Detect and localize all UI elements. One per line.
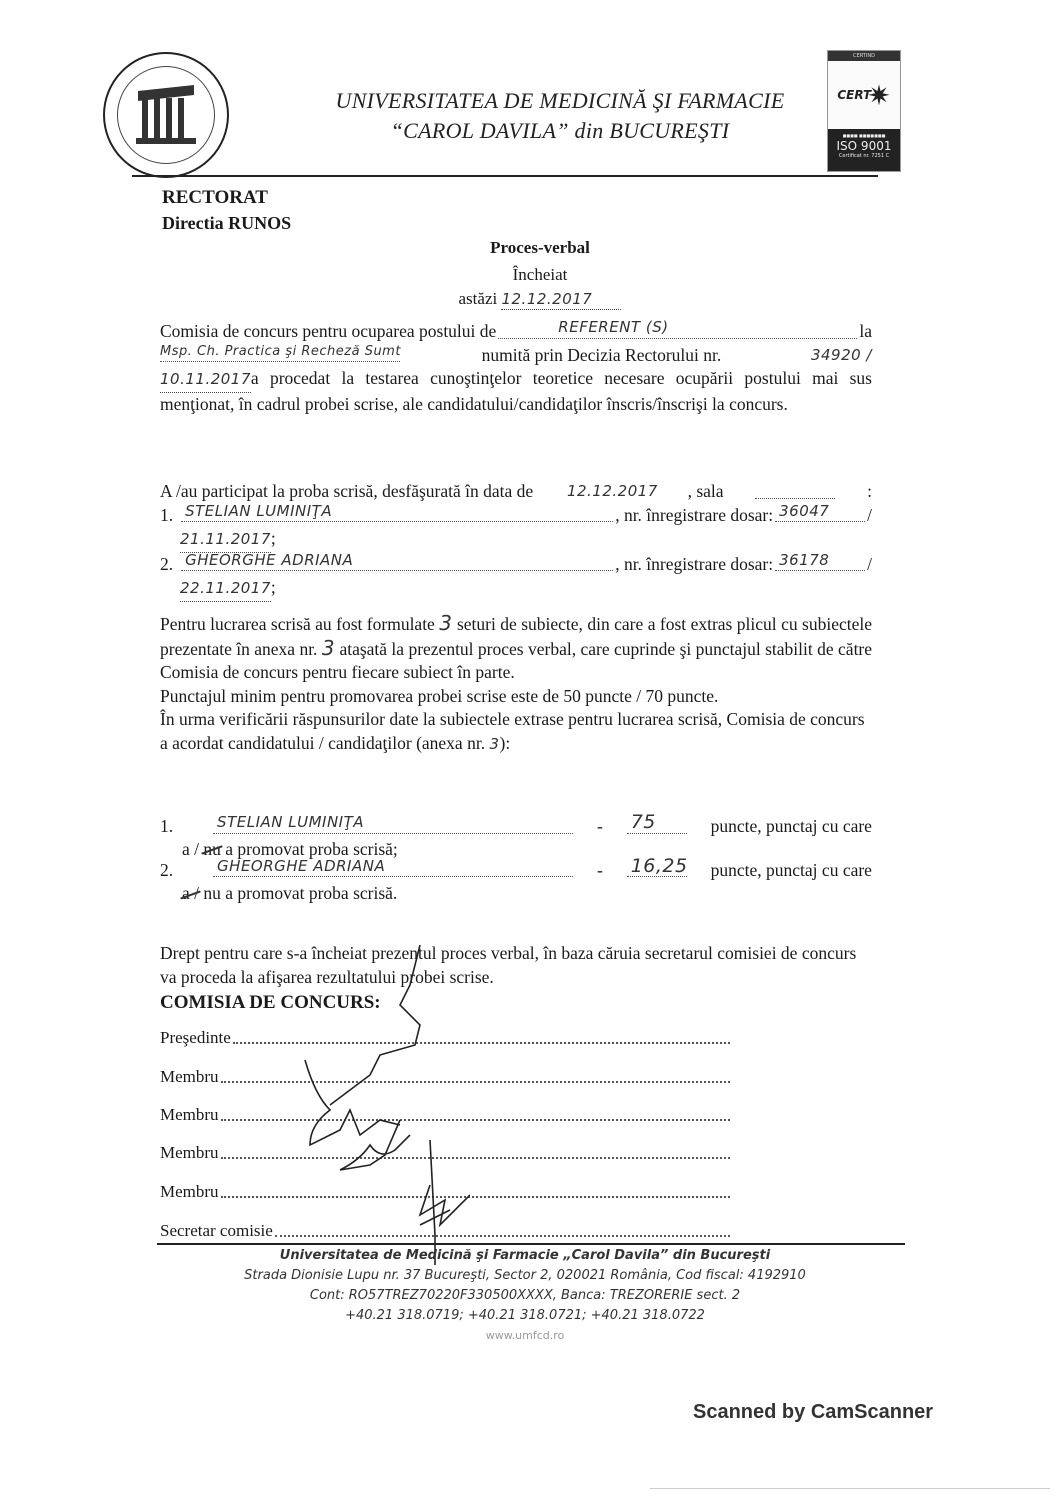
signature-line <box>275 1220 730 1237</box>
subjects-text-1: Pentru lucrarea scrisă au fost formulate <box>160 614 435 634</box>
footer-bank-account: Cont: RO57TREZ70220F330500XXXX, Banca: T… <box>150 1286 900 1306</box>
cert-logo-text: CERT <box>837 88 871 102</box>
signatory-row: Secretar comisie <box>160 1220 730 1242</box>
signature-line <box>221 1104 730 1121</box>
candidate-name: GHEORGHE ADRIANA <box>185 549 353 573</box>
post-value: REFERENT (S) <box>558 316 668 340</box>
registration-number: 36178 <box>779 549 829 573</box>
department-value: Msp. Ch. Practica şi Recheză Sumt <box>160 340 401 364</box>
result-index: 2. <box>160 859 173 883</box>
candidate-name: STELIAN LUMINIŢA <box>185 500 332 524</box>
signatory-row: Membru <box>160 1181 730 1203</box>
decision-date: 10.11.2017 <box>160 368 251 393</box>
result-row: 2. GHEORGHE ADRIANA - 16,25 puncte, punc… <box>160 859 872 883</box>
footer-phones: +40.21 318.0719; +40.21 318.0721; +40.21… <box>150 1306 900 1326</box>
footer-divider <box>157 1243 905 1245</box>
date-value: 12.12.2017 <box>501 290 592 308</box>
verification-text-1: În urma verificării răspunsurilor date l… <box>160 709 865 753</box>
signature-line <box>233 1027 730 1044</box>
result-score: 75 <box>631 811 656 835</box>
struck-option: a / <box>182 882 199 906</box>
verification-annex-number: 3 <box>489 735 499 753</box>
intro-text-2: la <box>859 320 872 344</box>
signature-line <box>221 1142 730 1159</box>
certificate-number: Certificat nr. 7251 C <box>828 153 900 160</box>
footer-university: Universitatea de Medicină şi Farmacie „C… <box>150 1246 900 1266</box>
signatory-role: Preşedinte <box>160 1027 231 1049</box>
page-edge <box>650 1488 1050 1489</box>
signatory-role: Secretar comisie <box>160 1220 273 1242</box>
footer-website: www.umfcd.ro <box>150 1326 900 1346</box>
signature-line <box>221 1181 730 1198</box>
participation-text-2: , sala <box>688 480 724 504</box>
candidate-row: 1. STELIAN LUMINIŢA , nr. înregistrare d… <box>160 504 872 528</box>
document-date-line: astăzi 12.12.2017 <box>300 289 780 310</box>
candidate-index: 2. <box>160 553 173 577</box>
certind-logo-icon: CERT✷ <box>828 61 900 129</box>
decision-number: 34920 / <box>811 344 872 368</box>
signatory-row: Preşedinte <box>160 1027 730 1049</box>
scanner-watermark: Scanned by CamScanner <box>693 1401 933 1424</box>
intro-text-4: a procedat la testarea cunoştinţelor teo… <box>160 368 872 414</box>
commission-title: COMISIA DE CONCURS: <box>160 992 381 1014</box>
subjects-paragraph: Pentru lucrarea scrisă au fost formulate… <box>160 612 872 756</box>
university-name: UNIVERSITATEA DE MEDICINĂ ŞI FARMACIE “C… <box>300 86 820 146</box>
registration-number: 36047 <box>779 500 829 524</box>
signatory-row: Membru <box>160 1066 730 1088</box>
result-name: GHEORGHE ADRIANA <box>217 855 385 879</box>
intro-text-3: numită prin Decizia Rectorului nr. <box>482 344 722 368</box>
points-label: puncte, punctaj cu care <box>711 815 872 839</box>
signatory-role: Membru <box>160 1181 219 1203</box>
iso-standard: ISO 9001 <box>828 139 900 153</box>
intro-paragraph: Comisia de concurs pentru ocuparea postu… <box>160 320 872 416</box>
department-label: RECTORAT <box>162 186 268 210</box>
university-name-line1: UNIVERSITATEA DE MEDICINĂ ŞI FARMACIE <box>300 86 820 116</box>
minimum-score-text: Punctajul minim pentru promovarea probei… <box>160 685 872 709</box>
directorate-label: Directia RUNOS <box>162 211 291 235</box>
verification-text-2: ): <box>500 733 511 753</box>
footer: Universitatea de Medicină şi Farmacie „C… <box>150 1246 900 1346</box>
registration-label: , nr. înregistrare dosar: <box>615 553 773 577</box>
date-label: astăzi <box>459 289 498 308</box>
closing-paragraph: Drept pentru care s-a încheiat prezentul… <box>160 942 872 989</box>
exam-date: 12.12.2017 <box>567 480 658 504</box>
iso-certification-badge: CERTIND CERT✷ ■■■■ ■■■■■■■ ISO 9001 Cert… <box>827 50 901 172</box>
result-row: 1. STELIAN LUMINIŢA - 75 puncte, punctaj… <box>160 815 872 839</box>
document-title: Proces-verbal <box>300 238 780 258</box>
result-score: 16,25 <box>631 855 688 879</box>
sets-count: 3 <box>439 611 452 635</box>
candidate-index: 1. <box>160 504 173 528</box>
outcome-prefix: a / <box>182 839 199 859</box>
document-subtitle: Încheiat <box>300 265 780 285</box>
signatory-role: Membru <box>160 1142 219 1164</box>
signatory-role: Membru <box>160 1104 219 1126</box>
result-index: 1. <box>160 815 173 839</box>
result-name: STELIAN LUMINIŢA <box>217 811 364 835</box>
university-seal-logo <box>103 52 229 178</box>
signatory-role: Membru <box>160 1066 219 1088</box>
cert-top-label: CERTIND <box>828 51 900 61</box>
signatory-row: Membru <box>160 1104 730 1126</box>
results-section: 1. STELIAN LUMINIŢA - 75 puncte, punctaj… <box>160 815 872 906</box>
points-label: puncte, punctaj cu care <box>711 859 872 883</box>
registration-date: 22.11.2017 <box>180 577 271 602</box>
signatory-row: Membru <box>160 1142 730 1164</box>
annex-number: 3 <box>322 636 335 660</box>
footer-address: Strada Dionisie Lupu nr. 37 Bucureşti, S… <box>150 1266 900 1286</box>
signature-line <box>221 1066 730 1083</box>
participation-section: A /au participat la proba scrisă, desfăş… <box>160 480 872 602</box>
candidate-row: 2. GHEORGHE ADRIANA , nr. înregistrare d… <box>160 553 872 577</box>
header-divider <box>132 175 878 177</box>
registration-label: , nr. înregistrare dosar: <box>615 504 773 528</box>
seal-building-icon <box>117 66 215 164</box>
university-name-line2: “CAROL DAVILA” din BUCUREŞTI <box>300 116 820 146</box>
outcome-suffix: nu a promovat proba scrisă. <box>203 883 397 903</box>
